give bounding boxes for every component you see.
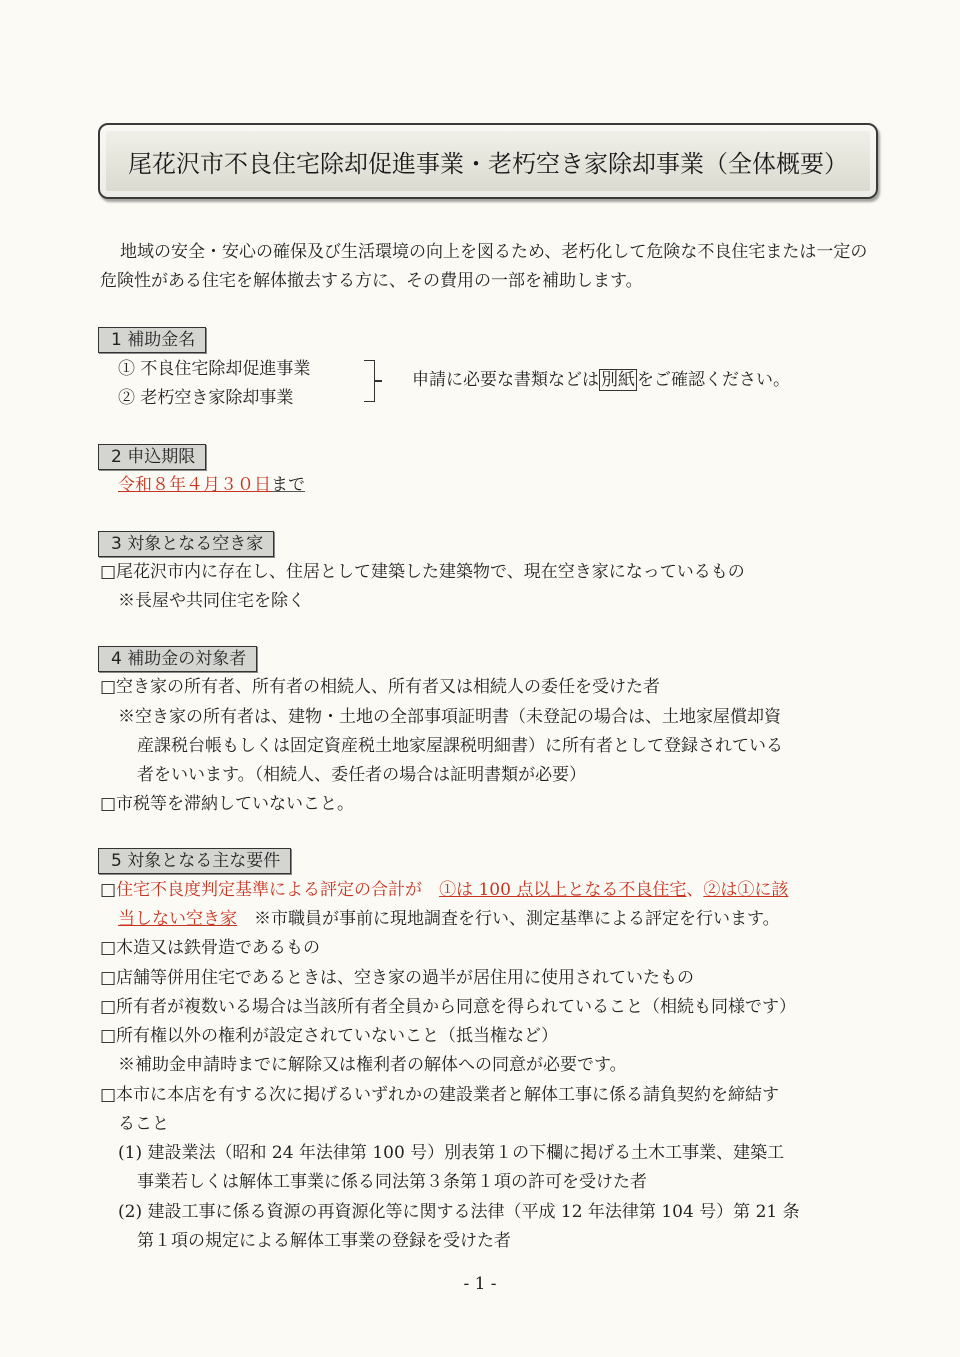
bracket-decoration — [364, 360, 375, 402]
deadline: 令和８年４月３０日まで — [118, 471, 305, 500]
eligible-person-note-2: 産課税台帳もしくは固定資産税土地家屋課税明細書）に所有者として登録されている — [137, 732, 783, 761]
document-title-box: 尾花沢市不良住宅除却促進事業・老朽空き家除却事業（全体概要） — [98, 123, 878, 199]
contractor-type-2: (2) 建設工事に係る資源の再資源化等に関する法律（平成 12 年法律第 104… — [118, 1198, 800, 1227]
requirement-score-line-2: 当しない空き家 ※市職員が事前に現地調査を行い、測定基準による評定を行います。 — [118, 905, 780, 934]
requirement-item: □本市に本店を有する次に掲げるいずれかの建設業者と解体工事に係る請負契約を締結す — [100, 1081, 779, 1110]
requirement-item-cont: ること — [118, 1110, 169, 1139]
contractor-type-1: (1) 建設業法（昭和 24 年法律第 100 号）別表第１の下欄に掲げる土木工… — [118, 1139, 784, 1168]
eligible-person-note-1: ※空き家の所有者は、建物・土地の全部事項証明書（未登記の場合は、土地家屋償却資 — [118, 703, 781, 732]
document-title: 尾花沢市不良住宅除却促進事業・老朽空き家除却事業（全体概要） — [128, 144, 848, 179]
subsidy-item-2: ② 老朽空き家除却事業 — [118, 384, 293, 413]
requirement-item: □所有権以外の権利が設定されていないこと（抵当権など） — [100, 1022, 558, 1051]
section-1-heading: 1 補助金名 — [98, 327, 206, 353]
documents-note: 申請に必要な書類などは別紙をご確認ください。 — [412, 366, 790, 395]
requirement-item: □木造又は鉄骨造であるもの — [100, 934, 320, 963]
requirement-item: □所有者が複数いる場合は当該所有者全員から同意を得られていること（相続も同様です… — [100, 993, 796, 1022]
requirement-note: ※補助金申請時までに解除又は権利者の解体への同意が必要です。 — [118, 1051, 627, 1080]
requirement-item: □店舗等併用住宅であるときは、空き家の過半が居住用に使用されていたもの — [100, 964, 694, 993]
deadline-date: 令和８年４月３０日 — [118, 475, 271, 495]
eligible-person-note-3: 者をいいます。（相続人、委任者の場合は証明書類が必要） — [137, 761, 586, 790]
subsidy-item-1: ① 不良住宅除却促進事業 — [118, 355, 310, 384]
requirement-score-line-1: □住宅不良度判定基準による評定の合計が ①は 100 点以上となる不良住宅、②は… — [100, 876, 788, 905]
section-3-heading: 3 対象となる空き家 — [98, 531, 274, 557]
tax-item: □市税等を滞納していないこと。 — [100, 790, 354, 819]
eligible-person-item: □空き家の所有者、所有者の相続人、所有者又は相続人の委任を受けた者 — [100, 673, 660, 702]
section-5-heading: 5 対象となる主な要件 — [98, 848, 291, 874]
target-house-note: ※長屋や共同住宅を除く — [118, 587, 305, 616]
contractor-type-1-cont: 事業若しくは解体工事業に係る同法第３条第１項の許可を受けた者 — [137, 1168, 647, 1197]
intro-paragraph: 地域の安全・安心の確保及び生活環境の向上を図るため、老朽化して危険な不良住宅また… — [100, 238, 880, 296]
section-4-heading: 4 補助金の対象者 — [98, 646, 257, 672]
page-number: - 1 - — [0, 1274, 960, 1294]
attachment-reference: 別紙 — [599, 369, 637, 391]
target-house-item: □尾花沢市内に存在し、住居として建築した建築物で、現在空き家になっているもの — [100, 558, 745, 587]
section-2-heading: 2 申込期限 — [98, 444, 206, 470]
contractor-type-2-cont: 第１項の規定による解体工事業の登録を受けた者 — [137, 1227, 511, 1256]
